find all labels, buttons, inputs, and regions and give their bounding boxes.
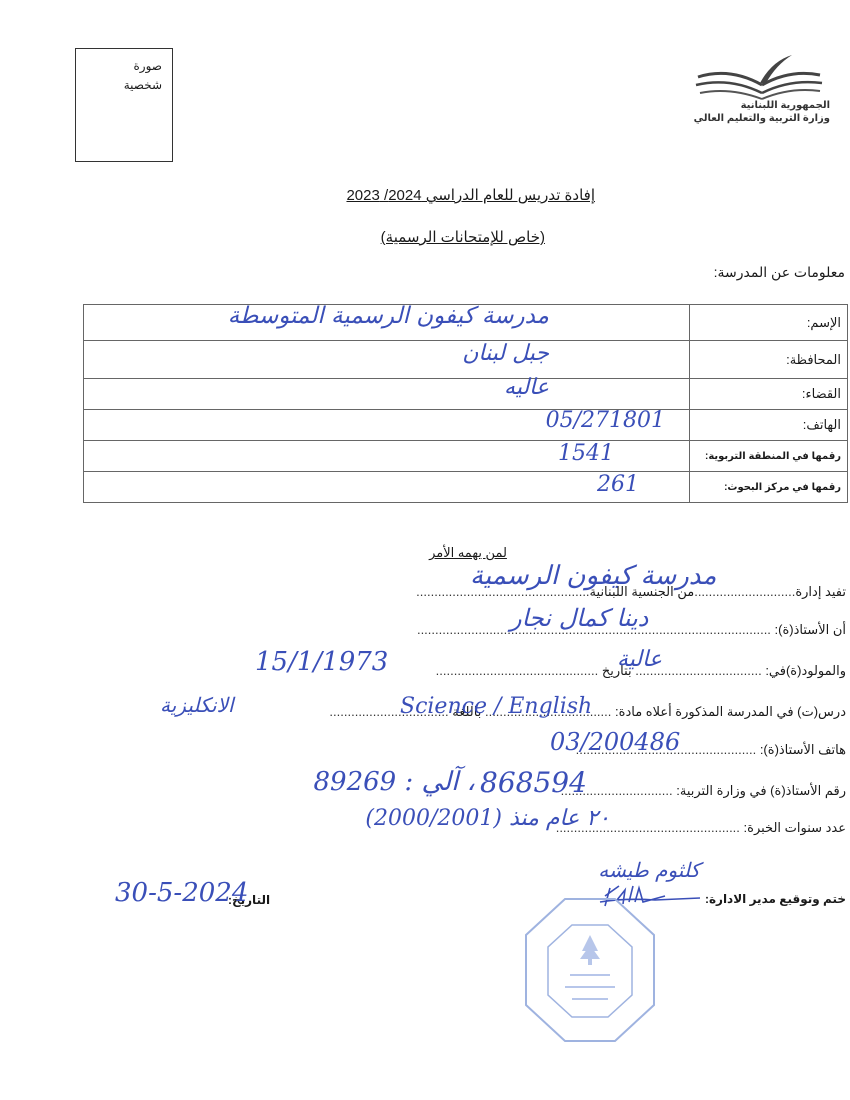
signature-label: ختم وتوقيع مدير الادارة: [705, 892, 846, 906]
school-stamp-icon [520, 895, 660, 1045]
republic-label: الجمهورية اللبنانية [680, 99, 830, 112]
experience-label: عدد سنوات الخبرة: [744, 820, 846, 835]
date-value: 30-5-2024 [115, 878, 248, 908]
ministry-number-label: رقم الأستاذ(ة) في وزارة التربية: [676, 783, 846, 798]
to-whom-heading: لمن يهمه الأمر [378, 545, 558, 561]
row-value: 1541 [84, 441, 690, 472]
row-label: رقمها في مركز البحوث: [690, 472, 848, 503]
row-value: مدرسة كيفون الرسمية المتوسطة [84, 305, 690, 341]
row-label: الهاتف: [690, 410, 848, 441]
table-row: القضاء: عاليه [84, 379, 848, 410]
birth-place-value: عالية [617, 647, 662, 672]
language-value: الانكليزية [160, 693, 234, 717]
teacher-phone-label: هاتف الأستاذ(ة): [760, 742, 846, 757]
principal-signature-name: كلثوم طيشه [598, 858, 700, 882]
school-info-heading: معلومات عن المدرسة: [640, 264, 845, 281]
row-label: القضاء: [690, 379, 848, 410]
photo-label-line1: صورة [76, 57, 172, 76]
row-value: عاليه [84, 379, 690, 410]
teacher-phone-value: 03/200486 [550, 728, 680, 756]
admin-label: تفيد إدارة [795, 584, 846, 599]
ministry-number-line: رقم الأستاذ(ة) في وزارة التربية: .......… [561, 783, 846, 799]
photo-label-line2: شخصية [76, 76, 172, 95]
teacher-name-value: دينا كمال نجار [510, 604, 648, 632]
birth-place-label: والمولود(ة)في: [765, 663, 846, 678]
subject-label: درس(ت) في المدرسة المذكورة أعلاه مادة: [615, 704, 846, 719]
district-value: عاليه [504, 375, 549, 400]
table-row: رقمها في المنطقة التربوية: 1541 [84, 441, 848, 472]
research-center-number-value: 261 [597, 472, 639, 497]
row-value: 05/271801 [84, 410, 690, 441]
teacher-label: أن الأستاذ(ة): [775, 622, 846, 637]
row-label: الإسم: [690, 305, 848, 341]
personal-photo-box: صورة شخصية [75, 48, 173, 162]
ministry-name: الجمهورية اللبنانية وزارة التربية والتعل… [680, 99, 830, 125]
birth-date-value: 15/1/1973 [255, 647, 388, 677]
row-label: المحافظة: [690, 341, 848, 379]
experience-value: ٢٠ عام منذ (2000/2001) [365, 806, 610, 831]
subject-value: Science / English [400, 694, 592, 719]
governorate-value: جبل لبنان [462, 341, 549, 366]
admin-school-value: مدرسة كيفون الرسمية [470, 561, 716, 591]
table-row: المحافظة: جبل لبنان [84, 341, 848, 379]
edu-region-number-value: 1541 [558, 441, 614, 466]
row-value: جبل لبنان [84, 341, 690, 379]
dots: ........................................… [436, 663, 599, 678]
ministry-number-value: 868594 [480, 766, 587, 799]
table-row: الإسم: مدرسة كيفون الرسمية المتوسطة [84, 305, 848, 341]
row-label: رقمها في المنطقة التربوية: [690, 441, 848, 472]
auto-number-value: ، آلي : 89269 [314, 767, 475, 797]
table-row: رقمها في مركز البحوث: 261 [84, 472, 848, 503]
row-value: 261 [84, 472, 690, 503]
table-row: الهاتف: 05/271801 [84, 410, 848, 441]
document-title: إفادة تدريس للعام الدراسي 2024/ 2023 [300, 186, 595, 204]
document-subtitle: (خاص للإمتحانات الرسمية) [360, 228, 545, 246]
ministry-book-logo-icon [690, 55, 825, 100]
school-info-table: الإسم: مدرسة كيفون الرسمية المتوسطة المح… [83, 304, 848, 503]
ministry-label: وزارة التربية والتعليم العالي [680, 112, 830, 125]
school-phone-value: 05/271801 [546, 408, 665, 433]
school-name-value: مدرسة كيفون الرسمية المتوسطة [228, 303, 549, 329]
